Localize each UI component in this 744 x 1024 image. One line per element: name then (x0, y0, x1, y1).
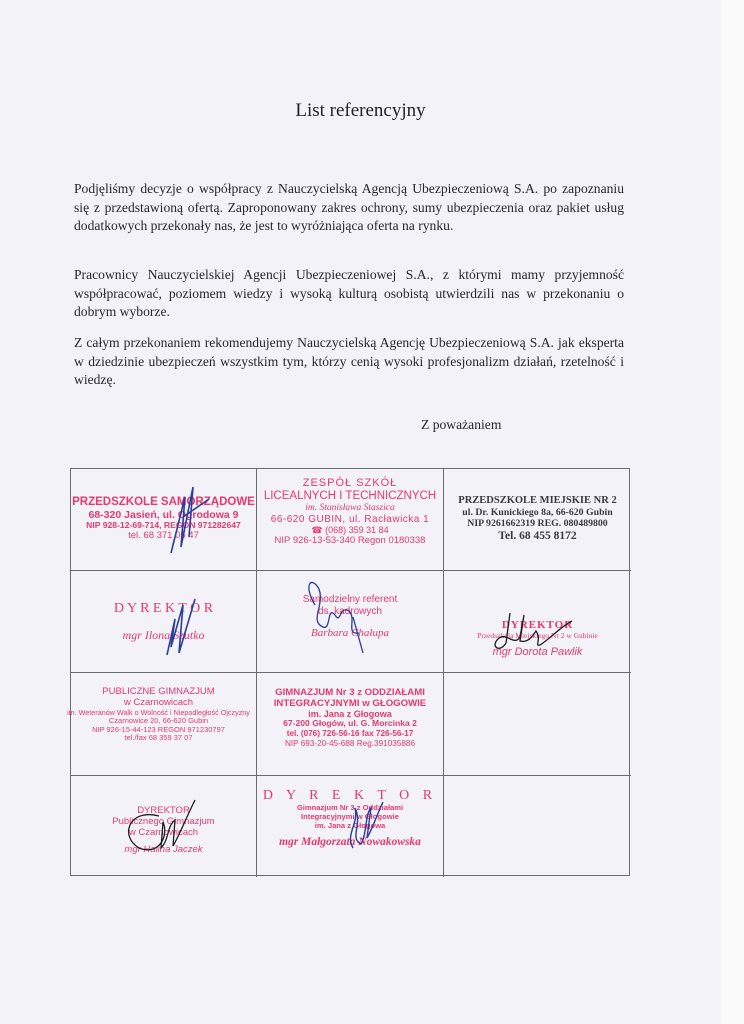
cell-r1c1: PRZEDSZKOLE SAMORZĄDOWE 68-320 Jasień, u… (71, 469, 257, 571)
stamp-line: NIP 926-13-53-340 Regon 0180338 (257, 536, 443, 547)
stamp-dyrektor-nowakowska: D Y R E K T O R Gimnazjum Nr 3 z Oddział… (257, 788, 443, 849)
cell-r2c1: D Y R E K T O R mgr Ilona Szutko (71, 571, 257, 673)
stamp-line: ZESPÓŁ SZKÓŁ (257, 477, 443, 490)
stamp-line: mgr Dorota Pawlik (444, 646, 631, 659)
stamp-line: ul. Dr. Kunickiego 8a, 66-620 Gubin (444, 507, 631, 518)
stamp-dyrektor-jaczek: DYREKTOR Publicznego Gimnazjum w Czarnow… (71, 806, 256, 856)
paragraph-3: Z całym przekonaniem rekomendujemy Naucz… (74, 334, 624, 390)
cell-r2c2: Samodzielny referent ds. kadrowych Barba… (257, 571, 444, 673)
stamp-line: 67-200 Głogów, ul. G. Morcinka 2 (257, 719, 443, 729)
closing-salutation: Z poważaniem (421, 417, 501, 433)
stamp-line: tel./fax 68 359 37 07 (55, 734, 262, 743)
cell-r4c3-empty (444, 776, 631, 877)
cell-r4c2: D Y R E K T O R Gimnazjum Nr 3 z Oddział… (257, 776, 444, 877)
stamp-line: Samodzielny referent (257, 594, 443, 606)
cell-r1c2: ZESPÓŁ SZKÓŁ LICEALNYCH I TECHNICZNYCH i… (257, 469, 444, 571)
signature-table: PRZEDSZKOLE SAMORZĄDOWE 68-320 Jasień, u… (70, 468, 630, 876)
cell-r3c2: GIMNAZJUM Nr 3 z ODDZIAŁAMI INTEGRACYJNY… (257, 673, 444, 776)
cell-r4c1: DYREKTOR Publicznego Gimnazjum w Czarnow… (71, 776, 257, 877)
document-title: List referencyjny (0, 100, 721, 122)
stamp-zespol-szkol: ZESPÓŁ SZKÓŁ LICEALNYCH I TECHNICZNYCH i… (257, 477, 443, 547)
stamp-line: tel. 68 371 05 47 (71, 531, 256, 542)
stamp-line: 66-620 GUBIN, ul. Racławicka 1 (257, 514, 443, 526)
stamp-dyrektor-szutko: D Y R E K T O R mgr Ilona Szutko (71, 601, 256, 643)
stamp-line: LICEALNYCH I TECHNICZNYCH (257, 490, 443, 503)
stamp-line: NIP 9261662319 REG. 080489800 (444, 518, 631, 529)
cell-r1c3: PRZEDSZKOLE MIEJSKIE NR 2 ul. Dr. Kunick… (444, 469, 631, 571)
cell-r3c1: PUBLICZNE GIMNAZJUM w Czarnowicach im. W… (71, 673, 257, 776)
stamp-line: im. Jana z Głogowa (257, 822, 443, 831)
stamp-line: w Czarnowicach (71, 828, 256, 839)
stamp-line: Tel. 68 455 8172 (444, 530, 631, 543)
stamp-line: mgr Halina Jaczek (71, 845, 256, 856)
stamp-gimnazjum-nr3: GIMNAZJUM Nr 3 z ODDZIAŁAMI INTEGRACYJNY… (257, 687, 443, 748)
stamp-line: INTEGRACYJNYMI w GŁOGOWIE (257, 698, 443, 709)
stamp-line: PRZEDSZKOLE SAMORZĄDOWE (71, 496, 256, 509)
stamp-line: tel. (076) 726-56-16 fax 726-56-17 (257, 729, 443, 738)
stamp-line: mgr Małgorzata Nowakowska (257, 836, 443, 849)
stamp-line: NIP 693-20-45-688 Reg.391035886 (257, 739, 443, 748)
cell-r2c3: DYREKTOR Przedszkola Miejskiego Nr 2 w G… (444, 571, 631, 673)
stamp-line: mgr Ilona Szutko (71, 629, 256, 643)
stamp-przedszkole-samorzadowe: PRZEDSZKOLE SAMORZĄDOWE 68-320 Jasień, u… (71, 496, 256, 542)
stamp-line: Barbara Chałupa (257, 627, 443, 640)
document-page: List referencyjny Podjęliśmy decyzje o w… (0, 0, 721, 1024)
paragraph-2: Pracownicy Nauczycielskiej Agencji Ubezp… (74, 266, 624, 322)
stamp-line: Przedszkola Miejskiego Nr 2 w Gubinie (444, 632, 631, 641)
stamp-line: GIMNAZJUM Nr 3 z ODDZIAŁAMI (257, 687, 443, 698)
stamp-dyrektor-pawlik: DYREKTOR Przedszkola Miejskiego Nr 2 w G… (444, 619, 631, 659)
page-edge (721, 0, 744, 1024)
stamp-line: D Y R E K T O R (257, 788, 443, 804)
stamp-publiczne-gimnazjum: PUBLICZNE GIMNAZJUM w Czarnowicach im. W… (55, 687, 262, 743)
paragraph-1: Podjęliśmy decyzje o współpracy z Nauczy… (74, 180, 624, 236)
stamp-line: D Y R E K T O R (71, 601, 256, 617)
stamp-referent-chalupa: Samodzielny referent ds. kadrowych Barba… (257, 594, 443, 640)
stamp-line: PRZEDSZKOLE MIEJSKIE NR 2 (444, 495, 631, 507)
cell-r3c3-empty (444, 673, 631, 776)
stamp-line: DYREKTOR (444, 619, 631, 632)
stamp-line: ds. kadrowych (257, 606, 443, 618)
stamp-line: im. Stanisława Staszica (257, 503, 443, 514)
stamp-przedszkole-miejskie: PRZEDSZKOLE MIEJSKIE NR 2 ul. Dr. Kunick… (444, 495, 631, 543)
